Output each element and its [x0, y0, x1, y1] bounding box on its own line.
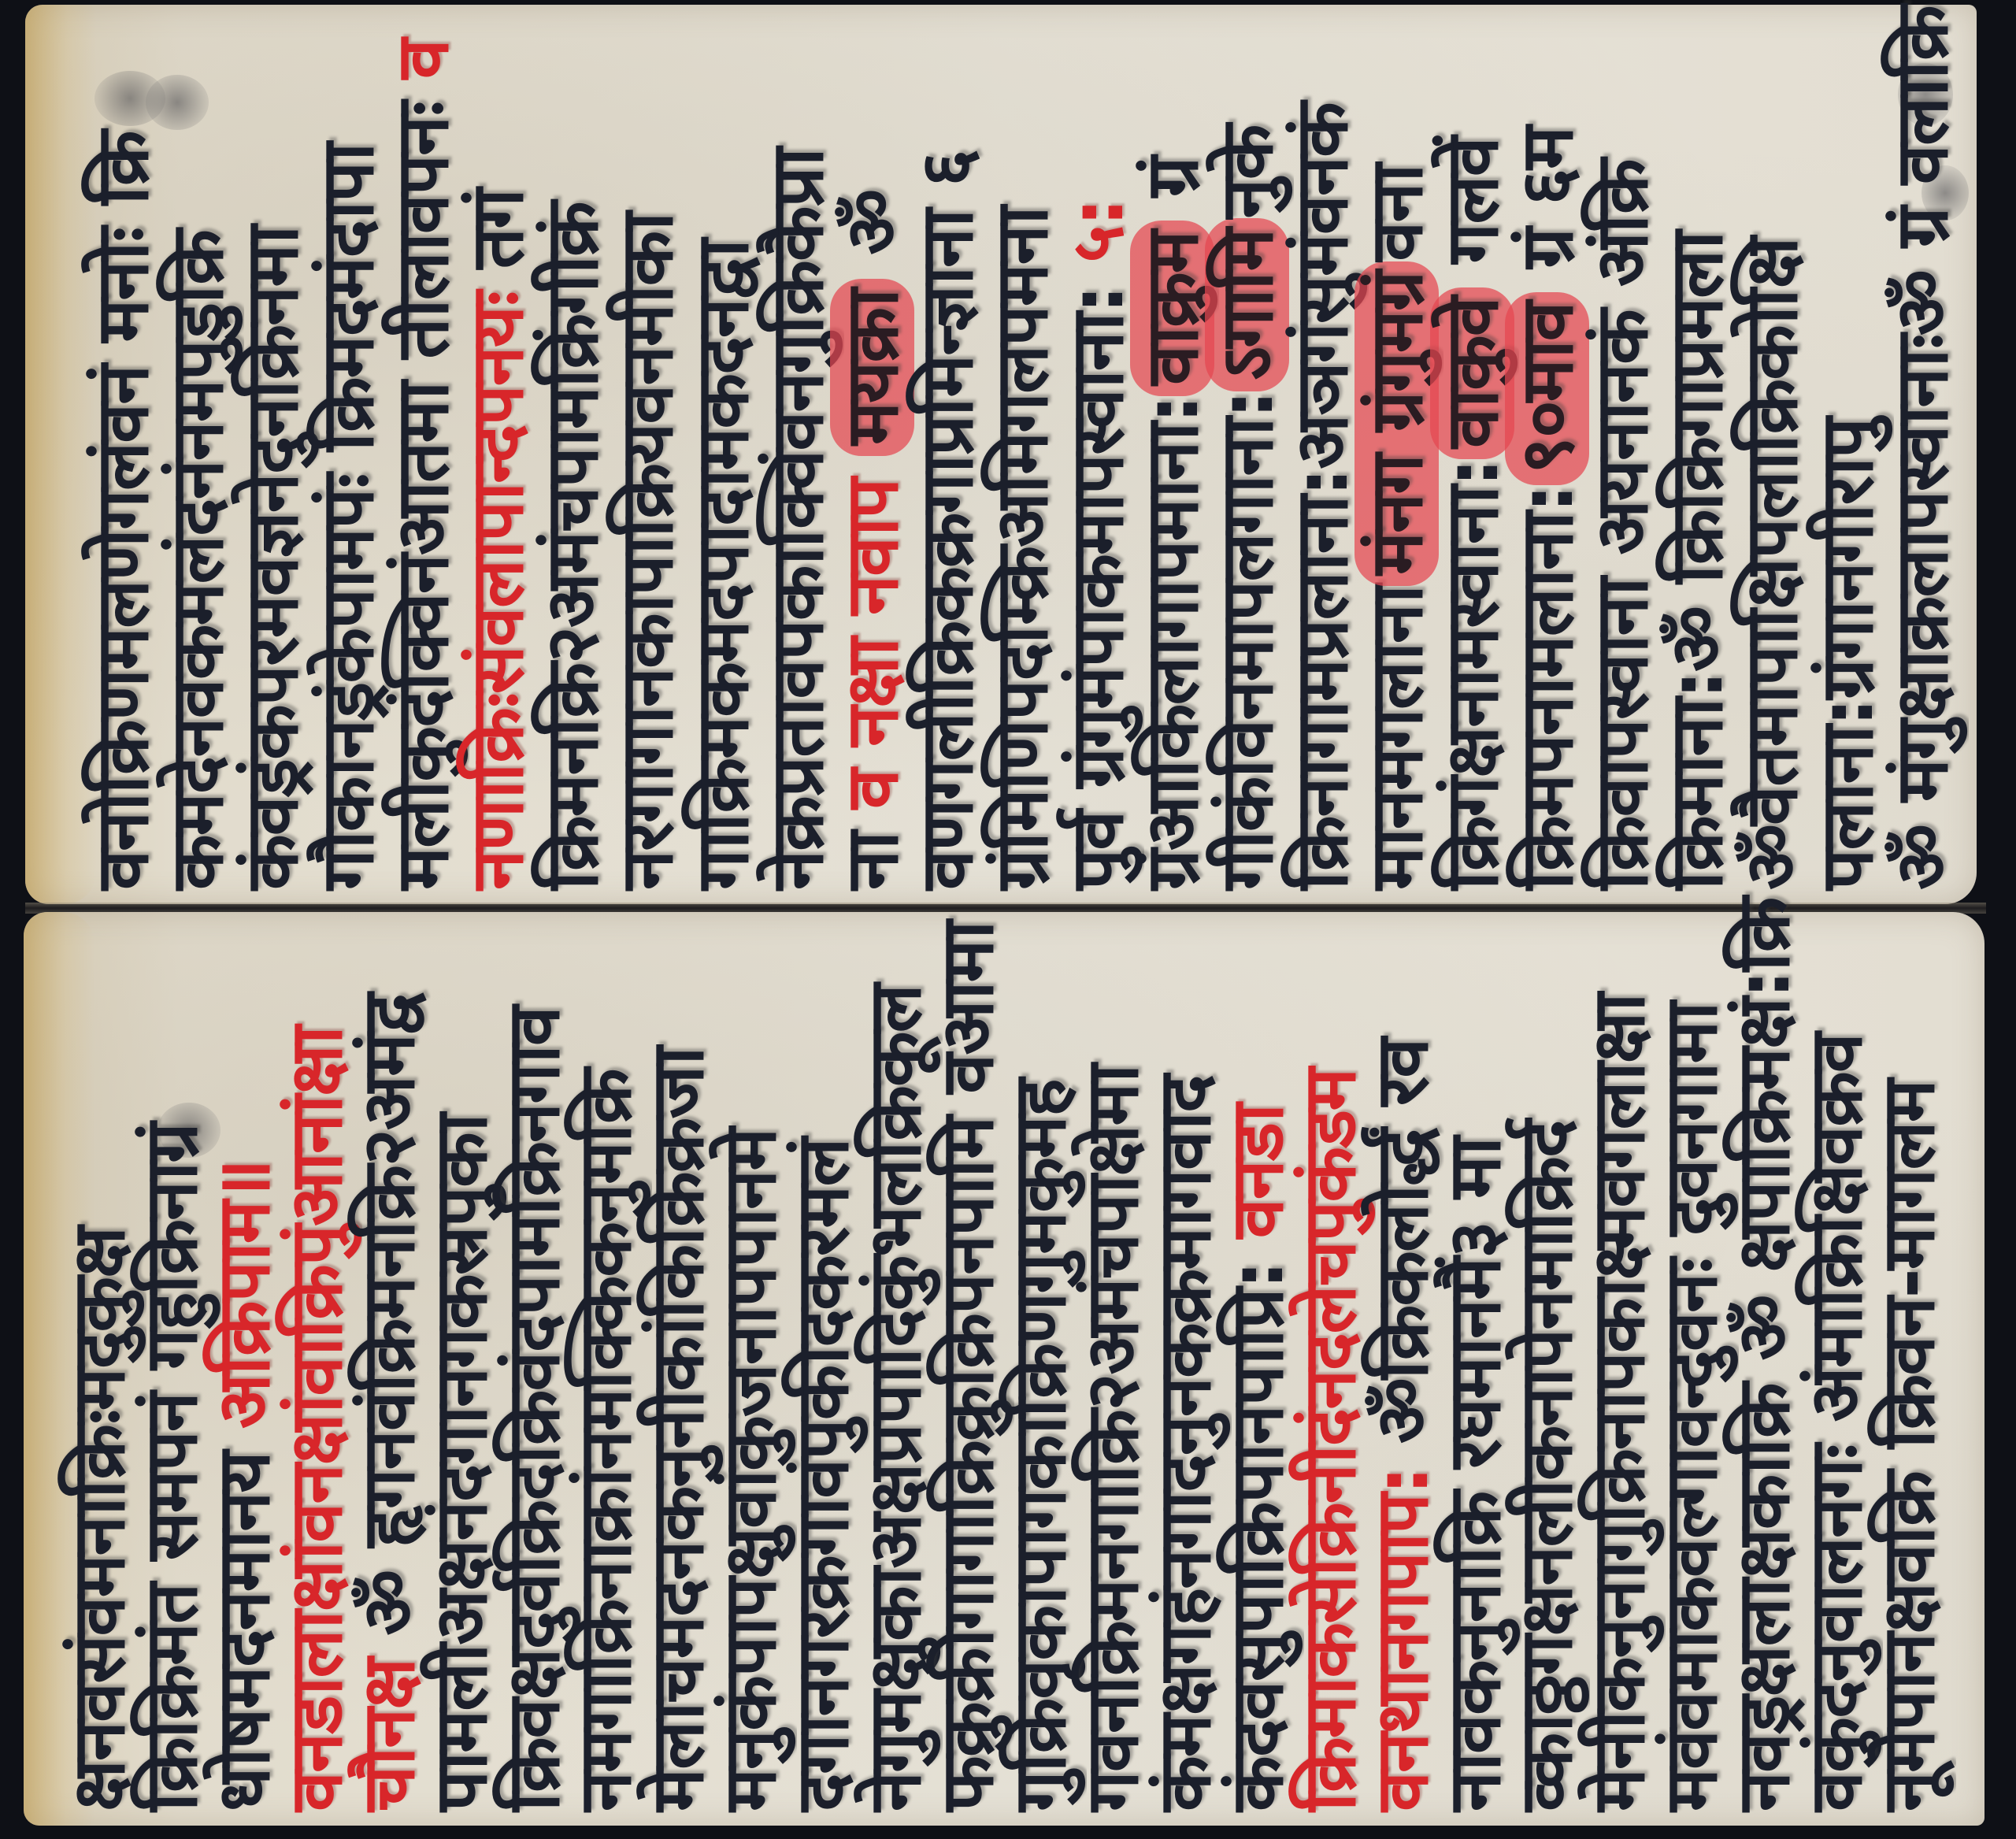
ink-text: ॐक्रिकलोर्द्धं रव [1360, 1040, 1444, 1468]
manuscript-line: मनुकंपापक्षुवांकुजनापपानमे [714, 929, 787, 1811]
ink-text: कंदवसुपाक्रिपानपाप्रि: [1215, 1262, 1299, 1811]
ink-text: ना [830, 832, 914, 890]
ink-text: गलवें [1430, 138, 1514, 287]
manuscript-line: गाक्रिमकमदपादामकदनद्वा [687, 16, 759, 890]
manuscript-line: मानमगलानामंनग ग्रंगुमग्रंवना [1361, 16, 1433, 890]
ink-text: ग्रंमिणिपदम्क्रिअमिगलपमना [980, 208, 1064, 891]
manuscript-line: क्षनवसंवमनाक्रिःमदुकुक्ष [63, 929, 135, 1811]
manuscript-line: वनोक्रिणमलणेगलंवनं मनोः क्रि [87, 16, 159, 890]
manuscript-line: ॐवैतमापाक्षिपलाक्रिकोक्षि [1736, 16, 1808, 890]
manuscript-line: पलाना:ग्रंगानगीरापु [1811, 16, 1884, 890]
manuscript-line: व्काठ्ठगक्षनलीकनापेनमाक्रिर्द [1510, 929, 1583, 1811]
manuscript-line: मवंवमाकवल्गावन्दुवनः दुवनगामा [1655, 929, 1728, 1811]
ink-text: क्रिवापस्वाना [1580, 579, 1664, 890]
ink-text: कंमक्षगहंनगादनुनकक्रमागवाद [1143, 1076, 1227, 1811]
manuscript-line: कंदवसुपाक्रिपानपाप्रि: वनडा [1221, 929, 1294, 1811]
manuscript-line: गुक्रिवृकापागकाक्रिणगुमकुमह [1004, 929, 1077, 1811]
manuscript-line: नेक्रप्रतावपकाक्विंवनगुक्रिकैप्रा [762, 16, 834, 890]
ink-text: ग्रं ६म [1505, 128, 1589, 292]
rubric-text: व नक्षा नवाप [830, 456, 914, 832]
ink-text: नरगागानकापाक्रियवनमीका [605, 213, 689, 890]
manuscript-line: क्रिमाना:ॐ क्रिक्रिगाप्रमला [1661, 16, 1733, 890]
manuscript-line: ग्रंआकिलागापमाना:वाक्रुम ग्रं [1136, 16, 1209, 890]
rubric-text: व [380, 40, 465, 102]
ink-text: पुर्व ग्रंगुमंपाकमापस्वाना: [1055, 287, 1140, 890]
manuscript-line: कंवड्रंकपरमवज्ञनेदुनक्रिनमा [236, 16, 309, 890]
ink-text: गौकानड्रंकेपामपंः क्रिमदमंदापा [306, 144, 390, 890]
rubric-text: अक्रिपाम॥ [202, 1160, 286, 1452]
ink-text: क्रिगंक्षनामस्वाना: [1430, 459, 1514, 890]
ink-text: पामलीअक्षनंदगानगकस्रपुका [419, 1115, 503, 1811]
manuscript-line: नूमेपानक्षवक्रि क्रिवन-मागलम [1873, 929, 1945, 1811]
manuscript-line: कमदेनवकमलंदनंनमपुडुक्रि [161, 16, 234, 890]
manuscript-line: नावकनुनाक्रि रघमानमैं३ मा [1439, 929, 1511, 1811]
manuscript-line: क्रिवक्षदुर्वक्रिदक्रिवंदपामक्रिनगाव [498, 929, 570, 1811]
ink-text: क्रिक्रिमंत समपनं गहुक्रिनाग्रं [129, 1124, 213, 1811]
manuscript-line: ग्रंमिणिपदम्क्रिअमिगलपमना [986, 16, 1058, 890]
manuscript-line: मेनीकनुनागुक्रिनापकाक्ष्मवगलाक्षा [1583, 929, 1655, 1811]
manuscript-line: पुर्व ग्रंगुमंपाकमापस्वाना: ५: [1062, 16, 1134, 890]
ink-text: गवनक्रिमनगाक्रि२अमंचपाक्षेमा [1070, 1066, 1154, 1811]
ink-text: नेक्रप्रतावपकाक्विंवनगुक्रिकैप्रा [755, 149, 839, 890]
rubric-text: चौनक्ष [346, 1659, 431, 1811]
manuscript-line: क्रिनागामप्रलाना:अञगंसुमंवनकं [1286, 16, 1358, 890]
manuscript-line: पामलीअक्षनंदगानगकस्रपुका [425, 929, 498, 1811]
ink-text: गाक्रिमकमदपादामकदनद्वा [680, 240, 765, 890]
ink-text: अयनानकं [1580, 310, 1664, 578]
rubric-text: नणाक्रिःसंवलापान्दपनयः [455, 292, 539, 890]
ink-text: ॐ मंगुक्षाक्रलापस्वानाःॐ ग्रं वलाक्रि [1880, 6, 1964, 890]
manuscript-line: मलीकुदंक्विनंआतमा तीलावपनः व [387, 16, 459, 890]
manuscript-line: गवनक्रिमनगाक्रि२अमंचपाक्षेमा [1077, 929, 1149, 1811]
rubric-text: वनडा [1215, 1105, 1299, 1262]
ink-text: क्षनवसंवमनाक्रिःमदुकुक्ष [57, 1228, 141, 1811]
manuscript-line: क्रिक्रिमंत समपनं गहुक्रिनाग्रं [135, 929, 208, 1811]
manuscript-line: वनथानगपाप: ॐक्रिकलोर्द्धं रव [1366, 929, 1439, 1811]
manuscript-line: कंमक्षगहंनगादनुनकक्रमागवाद [1149, 929, 1221, 1811]
ink-text: नूमेपानक्षवक्रि क्रिवन-मागलम [1866, 1081, 1951, 1811]
manuscript-line: वकुंदनुवालनगः अंमाक्रिक्षिवक्रव [1800, 929, 1873, 1811]
ink-text: कमदेनवकमलंदनंनमपुडुक्रि [155, 231, 239, 890]
manuscript-line: गीकंविनमापलगाना:ऽगामिनुके [1211, 16, 1284, 890]
manuscript-line: क्रिवापस्वाना अयनानकं अंक्रि [1586, 16, 1658, 890]
ink-text: कंवड्रंकपरमवज्ञनेदुनक्रिनमा [230, 227, 314, 890]
manuscript-line: ना व नक्षा नवाप मयक्रा ॐ [836, 16, 909, 890]
ink-text: ॐ [830, 191, 914, 279]
ink-text: ॐ हृगनवंक्रिमनक्रि२अमंद्व [346, 995, 431, 1659]
manuscript-line: नवड्रक्षलाक्षकाक्रि ॐ क्षपाक्रिमक्षं:क्र… [1728, 929, 1800, 1811]
manuscript-line: नरगागानकापाक्रियवनमीका [611, 16, 684, 890]
ink-text: गीकंविनमापलगाना: [1205, 391, 1289, 890]
ink-text: वनोक्रिणमलणेगलंवनं मनोः क्रि [80, 132, 165, 890]
manuscript-line: चौनक्ष ॐ हृगनवंक्रिमनक्रि२अमंद्व [353, 929, 425, 1811]
ink-text: मलीकुदंक्विनंआतमा तीलावपनः [380, 102, 465, 890]
manuscript-line: नेगुमक्षुकाअक्षप्रपादिकुंभलक्रिकूल [859, 929, 932, 1811]
ink-text: फक्रुक्रीगागाक्रिक्रुक्रिपनपामि वआमा [925, 922, 1010, 1811]
ink-text: क्रिमाना:ॐ क्रिक्रिगाप्रमला [1655, 232, 1739, 890]
manuscript-line: फक्रुक्रीगागाक्रिक्रुक्रिपनपामि वआमा [932, 929, 1004, 1811]
ink-text: क्रिमनक्रि२अमंचपामक्रिंगीक्रं [530, 203, 614, 890]
rubric-text: ५: [1055, 199, 1140, 287]
manuscript-line: वनडालाक्षांवनक्षांवाक्रिपुंआनांक्षा [280, 929, 353, 1811]
ink-text: नुके [1205, 126, 1289, 219]
manuscript-line: क्रिगंक्षनामस्वाना:वाकुवे गलवें [1436, 16, 1509, 890]
manuscript-line: क्रिमनक्रि२अमंचपामक्रिंगीक्रं [536, 16, 609, 890]
manuscript-line: मेलाचमदनकनुनीकांकिक्रिक्रजा [642, 929, 714, 1811]
manuscript-line: गौकानड्रंकेपामपंः क्रिमदमंदापा [312, 16, 384, 890]
manuscript-line: क्रिमपनामलाना:९०माव ग्रं ६म [1511, 16, 1584, 890]
ink-text: ॐवैतमापाक्षिपलाक्रिकोक्षि [1729, 239, 1814, 890]
manuscript-line: वणगलीक्रिकक्रगाप्रमिन्ज्ञाना ६ [911, 16, 984, 890]
ink-text: धोषमदनमानय [202, 1452, 286, 1811]
ink-text: गुक्रिवृकापागकाक्रिणगुमकुमह [998, 1080, 1082, 1811]
ink-text: वना [1354, 165, 1439, 261]
ink-text: क्रिमपनामलाना: [1505, 485, 1589, 890]
manuscript-line: नणाक्रिःसंवलापान्दपनयः तगं [461, 16, 534, 890]
highlighted-text: ९०माव [1505, 292, 1589, 486]
ink-text: अंक्रि [1580, 161, 1664, 311]
highlighted-text: वाकुवे [1430, 287, 1514, 460]
manuscript-line: क्रिमाकसेक्रिनीदंनदलेचपुकंडम [1294, 929, 1366, 1811]
ink-text: वणगलीक्रिकक्रगाप्रमिन्ज्ञाना ६ [905, 150, 989, 890]
manuscript-line: ॐ मंगुक्षाक्रलापस्वानाःॐ ग्रं वलाक्रि [1886, 16, 1959, 890]
rubric-text: क्रिमाकसेक्रिनीदंनदलेचपुकंडम [1288, 1070, 1372, 1811]
ink-text: तगं [455, 190, 539, 292]
ink-text: मानमगलाना [1354, 586, 1439, 890]
manuscript-line: नमगाक्रिनाक्रांनमक्किकनुमक्रि [569, 929, 642, 1811]
manuscript-line: दगानगरक्रगावंपुकीदकरमलं [787, 929, 859, 1811]
highlighted-text: मयक्रा [830, 279, 914, 456]
ink-text: ग्रं [1130, 158, 1214, 221]
ink-text: ग्रंआकिलागापमाना: [1130, 396, 1214, 890]
rubric-text: वनडालाक्षांवनक्षांवाक्रिपुंआनांक्षा [274, 1027, 358, 1811]
rubric-text: वनथानगपाप: [1360, 1467, 1444, 1811]
ink-text: पलाना:ग्रंगानगीरापु [1805, 419, 1889, 890]
ink-text: क्रिनागामप्रलाना:अञगंसुमंवनकं [1280, 103, 1364, 890]
manuscript-line: धोषमदनमानय अक्रिपाम॥ [208, 929, 280, 1811]
highlighted-text: मंनग ग्रंगुमग्रं [1354, 261, 1439, 587]
highlighted-text: वाक्रुम [1130, 221, 1214, 396]
highlighted-text: ऽगामि [1205, 218, 1289, 391]
